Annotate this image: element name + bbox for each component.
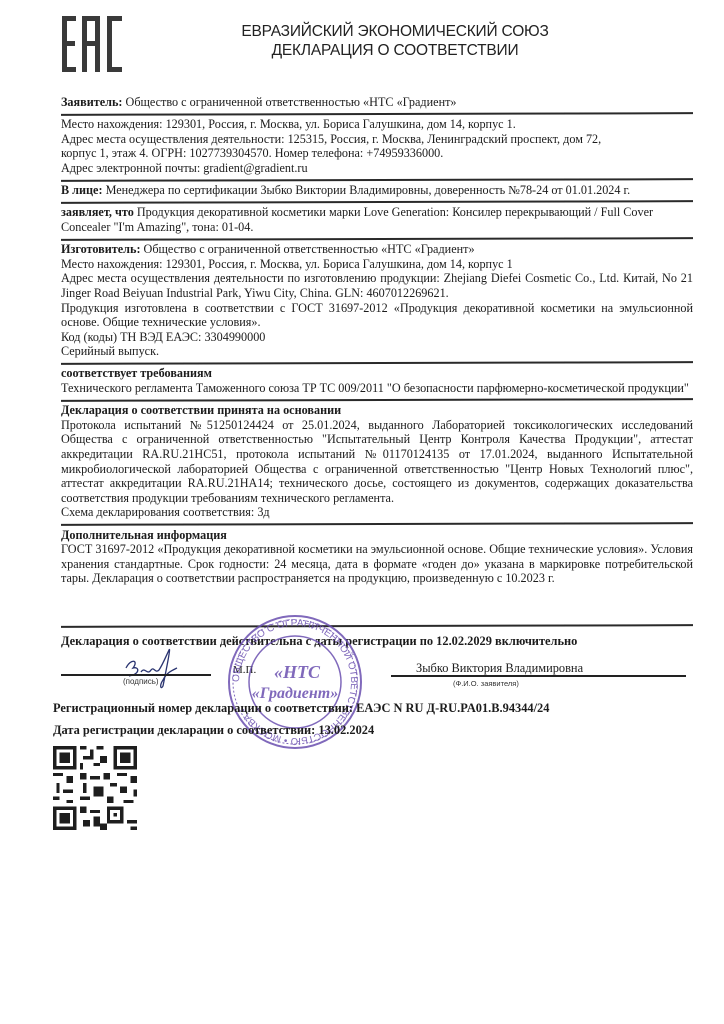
represented-by-label: В лице: [61,183,103,197]
represented-by-value: Менеджера по сертификации Зыбко Виктории… [106,183,631,197]
manufacturer-location: Место нахождения: 129301, Россия, г. Мос… [61,257,693,272]
complies-section: соответствует требованиям Технического р… [61,365,693,397]
applicant-section: Заявитель: Общество с ограниченной ответ… [61,94,693,112]
manufacturer-standard: Продукция изготовлена в соответствии с Г… [61,301,693,330]
eac-mark-icon [60,14,126,74]
header-union-title: ЕВРАЗИЙСКИЙ ЭКОНОМИЧЕСКИЙ СОЮЗ [200,22,590,41]
applicant-activity-address-1: Адрес места осуществления деятельности: … [61,132,693,147]
divider [61,624,693,627]
declares-section: заявляет, что Продукция декоративной кос… [61,204,693,236]
additional-value: ГОСТ 31697-2012 «Продукция декоративной … [61,542,693,586]
basis-label: Декларация о соответствии принята на осн… [61,403,693,418]
basis-value: Протокола испытаний №51250124424 от 25.0… [61,418,693,506]
signature-caption: (подпись) [123,677,159,686]
additional-section: Дополнительная информация ГОСТ 31697-201… [61,527,693,588]
represented-by-section: В лице: Менеджера по сертификации Зыбко … [61,182,693,200]
divider [61,398,693,401]
hs-code: Код (коды) ТН ВЭД ЕАЭС: 3304990000 [61,330,693,345]
header-doc-title: ДЕКЛАРАЦИЯ О СООТВЕТСТВИИ [200,41,590,60]
basis-section: Декларация о соответствии принята на осн… [61,402,693,522]
signer-name: Зыбко Виктория Владимировна [416,661,583,676]
signer-caption: (Ф.И.О. заявителя) [453,679,519,688]
release-type: Серийный выпуск. [61,344,693,359]
manufacturer-label: Изготовитель: [61,242,141,256]
divider [61,522,693,525]
registration-number: Регистрационный номер декларации о соотв… [53,697,549,719]
document-header: ЕВРАЗИЙСКИЙ ЭКОНОМИЧЕСКИЙ СОЮЗ ДЕКЛАРАЦИ… [200,22,590,60]
divider [61,112,693,115]
declaration-body: Заявитель: Общество с ограниченной ответ… [61,94,693,588]
declares-value: Продукция декоративной косметики марки L… [61,205,653,234]
manufacturer-section: Изготовитель: Общество с ограниченной от… [61,241,693,361]
manufacturer-production-address: Адрес места осуществления деятельности п… [61,271,693,300]
complies-label: соответствует требованиям [61,366,693,381]
declares-label: заявляет, что [61,205,134,219]
additional-label: Дополнительная информация [61,528,693,543]
divider [61,361,693,364]
declaration-scheme: Схема декларирования соответствия: 3д [61,505,693,520]
applicant-label: Заявитель: [61,95,122,109]
applicant-activity-address-2: корпус 1, этаж 4. ОГРН: 1027739304570. Н… [61,146,693,161]
manufacturer-value: Общество с ограниченной ответственностью… [144,242,475,256]
registration-block: Регистрационный номер декларации о соотв… [53,697,549,741]
applicant-location: Место нахождения: 129301, Россия, г. Мос… [61,117,693,132]
applicant-value: Общество с ограниченной ответственностью… [126,95,457,109]
complies-value: Технического регламента Таможенного союз… [61,381,693,396]
signature-line [61,674,211,676]
applicant-email: Адрес электронной почты: gradient@gradie… [61,161,693,176]
signer-name-line [391,675,686,677]
divider [61,237,693,240]
applicant-details: Место нахождения: 129301, Россия, г. Мос… [61,116,693,177]
registration-date: Дата регистрации декларации о соответств… [53,719,549,741]
divider [61,178,693,181]
qr-code-icon[interactable] [53,746,137,830]
svg-text:«НТС: «НТС [274,662,321,682]
divider [61,200,693,203]
